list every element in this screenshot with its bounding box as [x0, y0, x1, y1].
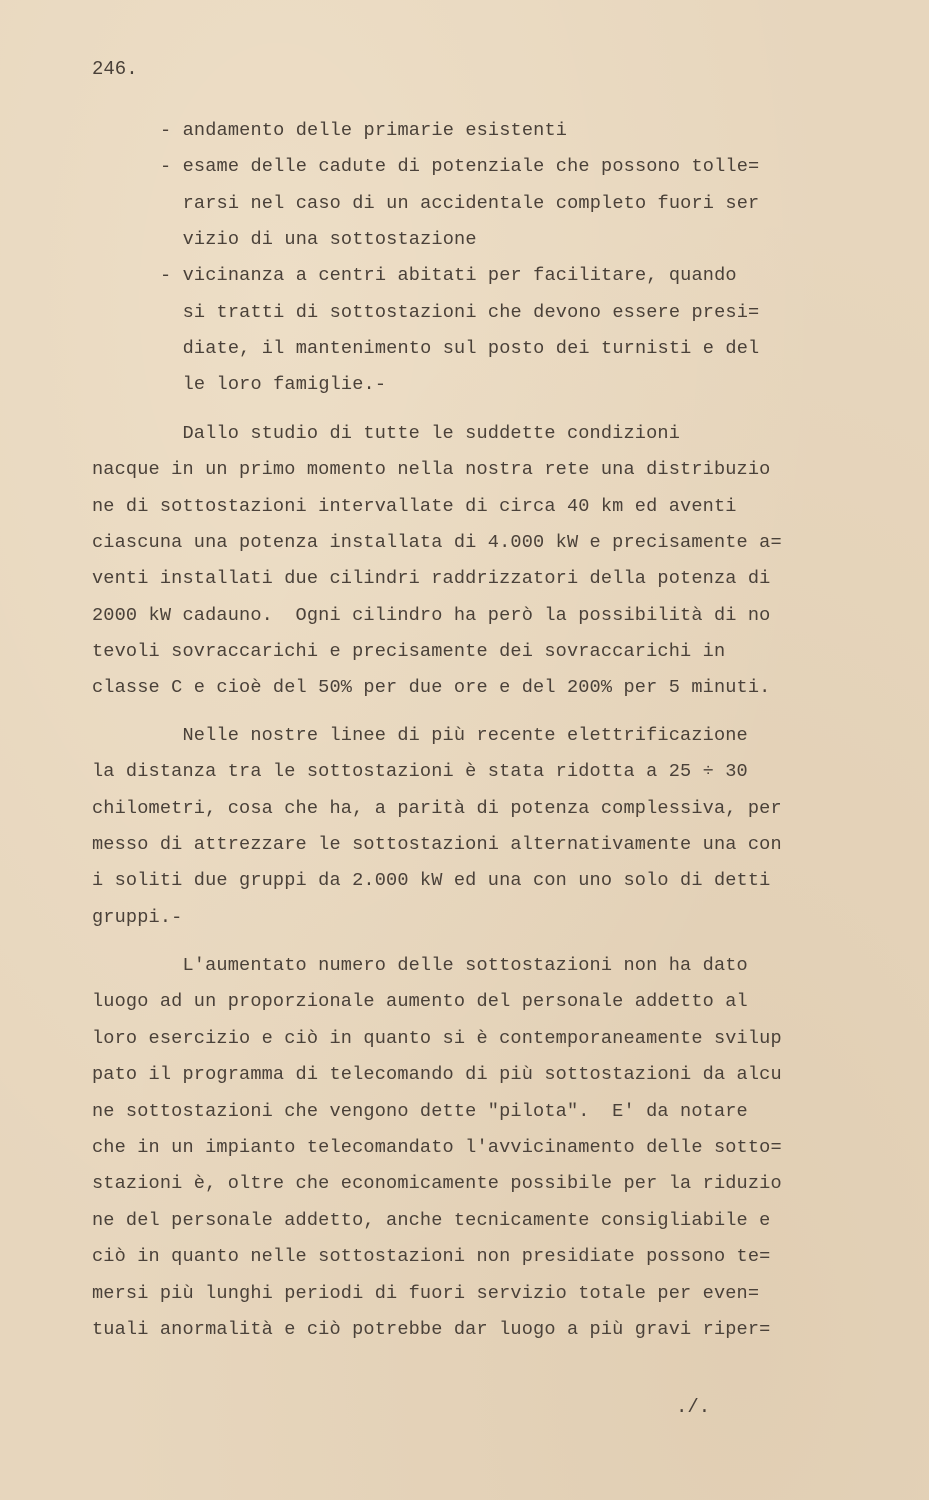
continuation-mark: ./. — [676, 1396, 710, 1418]
bullet-line: - vicinanza a centri abitati per facilit… — [160, 267, 737, 286]
bullet-line: - andamento delle primarie esistenti — [160, 122, 567, 141]
paragraph-line: chilometri, cosa che ha, a parità di pot… — [92, 800, 782, 819]
bullet-line: le loro famiglie.- — [160, 376, 386, 395]
bullet-line: vizio di una sottostazione — [160, 231, 477, 250]
paragraph-line: ne sottostazioni che vengono dette "pilo… — [92, 1103, 748, 1122]
paragraph-line: tevoli sovraccarichi e precisamente dei … — [92, 643, 725, 662]
bullet-line: diate, il mantenimento sul posto dei tur… — [160, 340, 759, 359]
bullet-line: si tratti di sottostazioni che devono es… — [160, 304, 759, 323]
paragraph-line: tuali anormalità e ciò potrebbe dar luog… — [92, 1321, 770, 1340]
paragraph-line: i soliti due gruppi da 2.000 kW ed una c… — [92, 872, 770, 891]
bullet-line: - esame delle cadute di potenziale che p… — [160, 158, 759, 177]
paragraph-line: messo di attrezzare le sottostazioni alt… — [92, 836, 782, 855]
paragraph-line: nacque in un primo momento nella nostra … — [92, 461, 770, 480]
paragraph-line: gruppi.- — [92, 909, 182, 928]
paragraph-line: ne del personale addetto, anche tecnicam… — [92, 1212, 770, 1231]
paragraph-line: Dallo studio di tutte le suddette condiz… — [92, 425, 680, 444]
paragraph-line: ne di sottostazioni intervallate di circ… — [92, 498, 737, 517]
paragraph-line: che in un impianto telecomandato l'avvic… — [92, 1139, 782, 1158]
paragraph-line: venti installati due cilindri raddrizzat… — [92, 570, 770, 589]
paragraph-line: loro esercizio e ciò in quanto si è cont… — [92, 1030, 782, 1049]
paragraph-line: ciò in quanto nelle sottostazioni non pr… — [92, 1248, 770, 1267]
paragraph-line: Nelle nostre linee di più recente elettr… — [92, 727, 748, 746]
paragraph-line: la distanza tra le sottostazioni è stata… — [92, 763, 748, 782]
document-page: 246. - andamento delle primarie esistent… — [0, 0, 929, 1500]
paragraph-line: luogo ad un proporzionale aumento del pe… — [92, 993, 748, 1012]
paragraph-line: 2000 kW cadauno. Ogni cilindro ha però l… — [92, 607, 770, 626]
bullet-line: rarsi nel caso di un accidentale complet… — [160, 195, 759, 214]
paragraph-line: stazioni è, oltre che economicamente pos… — [92, 1175, 782, 1194]
paragraph-line: mersi più lunghi periodi di fuori serviz… — [92, 1285, 759, 1304]
paragraph-line: pato il programma di telecomando di più … — [92, 1066, 782, 1085]
paragraph-line: ciascuna una potenza installata di 4.000… — [92, 534, 782, 553]
paragraph-line: L'aumentato numero delle sottostazioni n… — [92, 957, 748, 976]
paragraph-line: classe C e cioè del 50% per due ore e de… — [92, 679, 770, 698]
page-number: 246. — [92, 58, 138, 80]
